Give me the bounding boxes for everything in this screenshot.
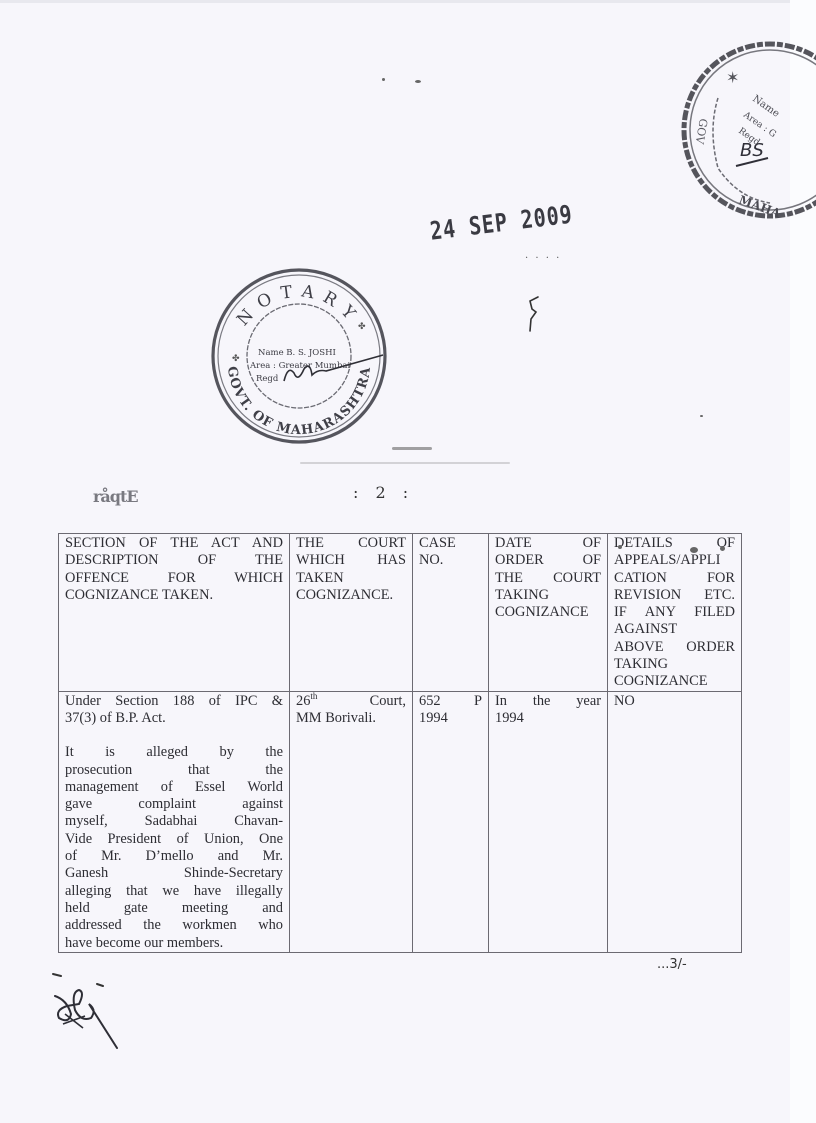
speck — [700, 415, 703, 417]
notary-seal: NOTARY GOVT. OF MAHARASHTRA ✤ ✤ Name B. … — [208, 265, 390, 447]
table-header-row: SECTION OF THE ACT AND DESCRIPTION OF TH… — [59, 534, 742, 692]
header-case-no: CASE NO. — [413, 534, 489, 692]
speck — [415, 80, 421, 83]
table-row: Under Section 188 of IPC & 37(3) of B.P.… — [59, 691, 742, 952]
header-date-of-order: DATE OF ORDER OF THE COURT TAKING COGNIZ… — [489, 534, 608, 692]
header-appeal-details: DETAILS OF APPEALS/APPLI CATION FOR REVI… — [608, 534, 742, 692]
svg-text:Area : Greater Mumbai: Area : Greater Mumbai — [249, 361, 350, 371]
svg-text:BS: BS — [740, 140, 764, 161]
svg-text:✤: ✤ — [232, 354, 240, 364]
page-top-edge — [0, 0, 816, 3]
svg-text:Regd: Regd — [256, 374, 279, 384]
cell-case-no: 652 P 1994 — [413, 691, 489, 952]
seal-star-icon: ✶ — [726, 68, 739, 87]
header-court: THE COURT WHICH HAS TAKEN COGNIZANCE. — [290, 534, 413, 692]
date-stamp: 24 SEP 2009 — [428, 199, 574, 246]
cell-court: 26th Court, MM Borivali. — [290, 691, 413, 952]
cell-appeal-details: NO — [608, 691, 742, 952]
continuation-marker: ...3/- — [657, 957, 687, 972]
cell-date-of-order: In the year 1994 — [489, 691, 608, 952]
handwritten-mark — [520, 295, 550, 335]
partial-notary-seal: ✶ Name Area : G Regd GOV MAHA BS — [678, 38, 816, 223]
speck — [690, 547, 698, 553]
svg-text:✤: ✤ — [358, 322, 366, 332]
page-number: : 2 : — [353, 483, 414, 502]
svg-text:Name B. S. JOSHI: Name B. S. JOSHI — [258, 348, 336, 358]
speck — [720, 546, 725, 551]
cognizance-table: SECTION OF THE ACT AND DESCRIPTION OF TH… — [58, 533, 742, 953]
svg-text:NOTARY: NOTARY — [233, 281, 365, 330]
signature — [45, 970, 125, 1050]
svg-text:GOV: GOV — [692, 117, 709, 145]
speck — [382, 78, 385, 81]
speck — [392, 447, 432, 450]
speck — [618, 545, 622, 549]
header-section-of-act: SECTION OF THE ACT AND DESCRIPTION OF TH… — [59, 534, 290, 692]
cell-section-description: Under Section 188 of IPC & 37(3) of B.P.… — [59, 691, 290, 952]
date-stamp-dots: . . . . — [525, 250, 561, 261]
speck — [300, 462, 510, 464]
smudged-text: råqtE — [93, 487, 138, 506]
